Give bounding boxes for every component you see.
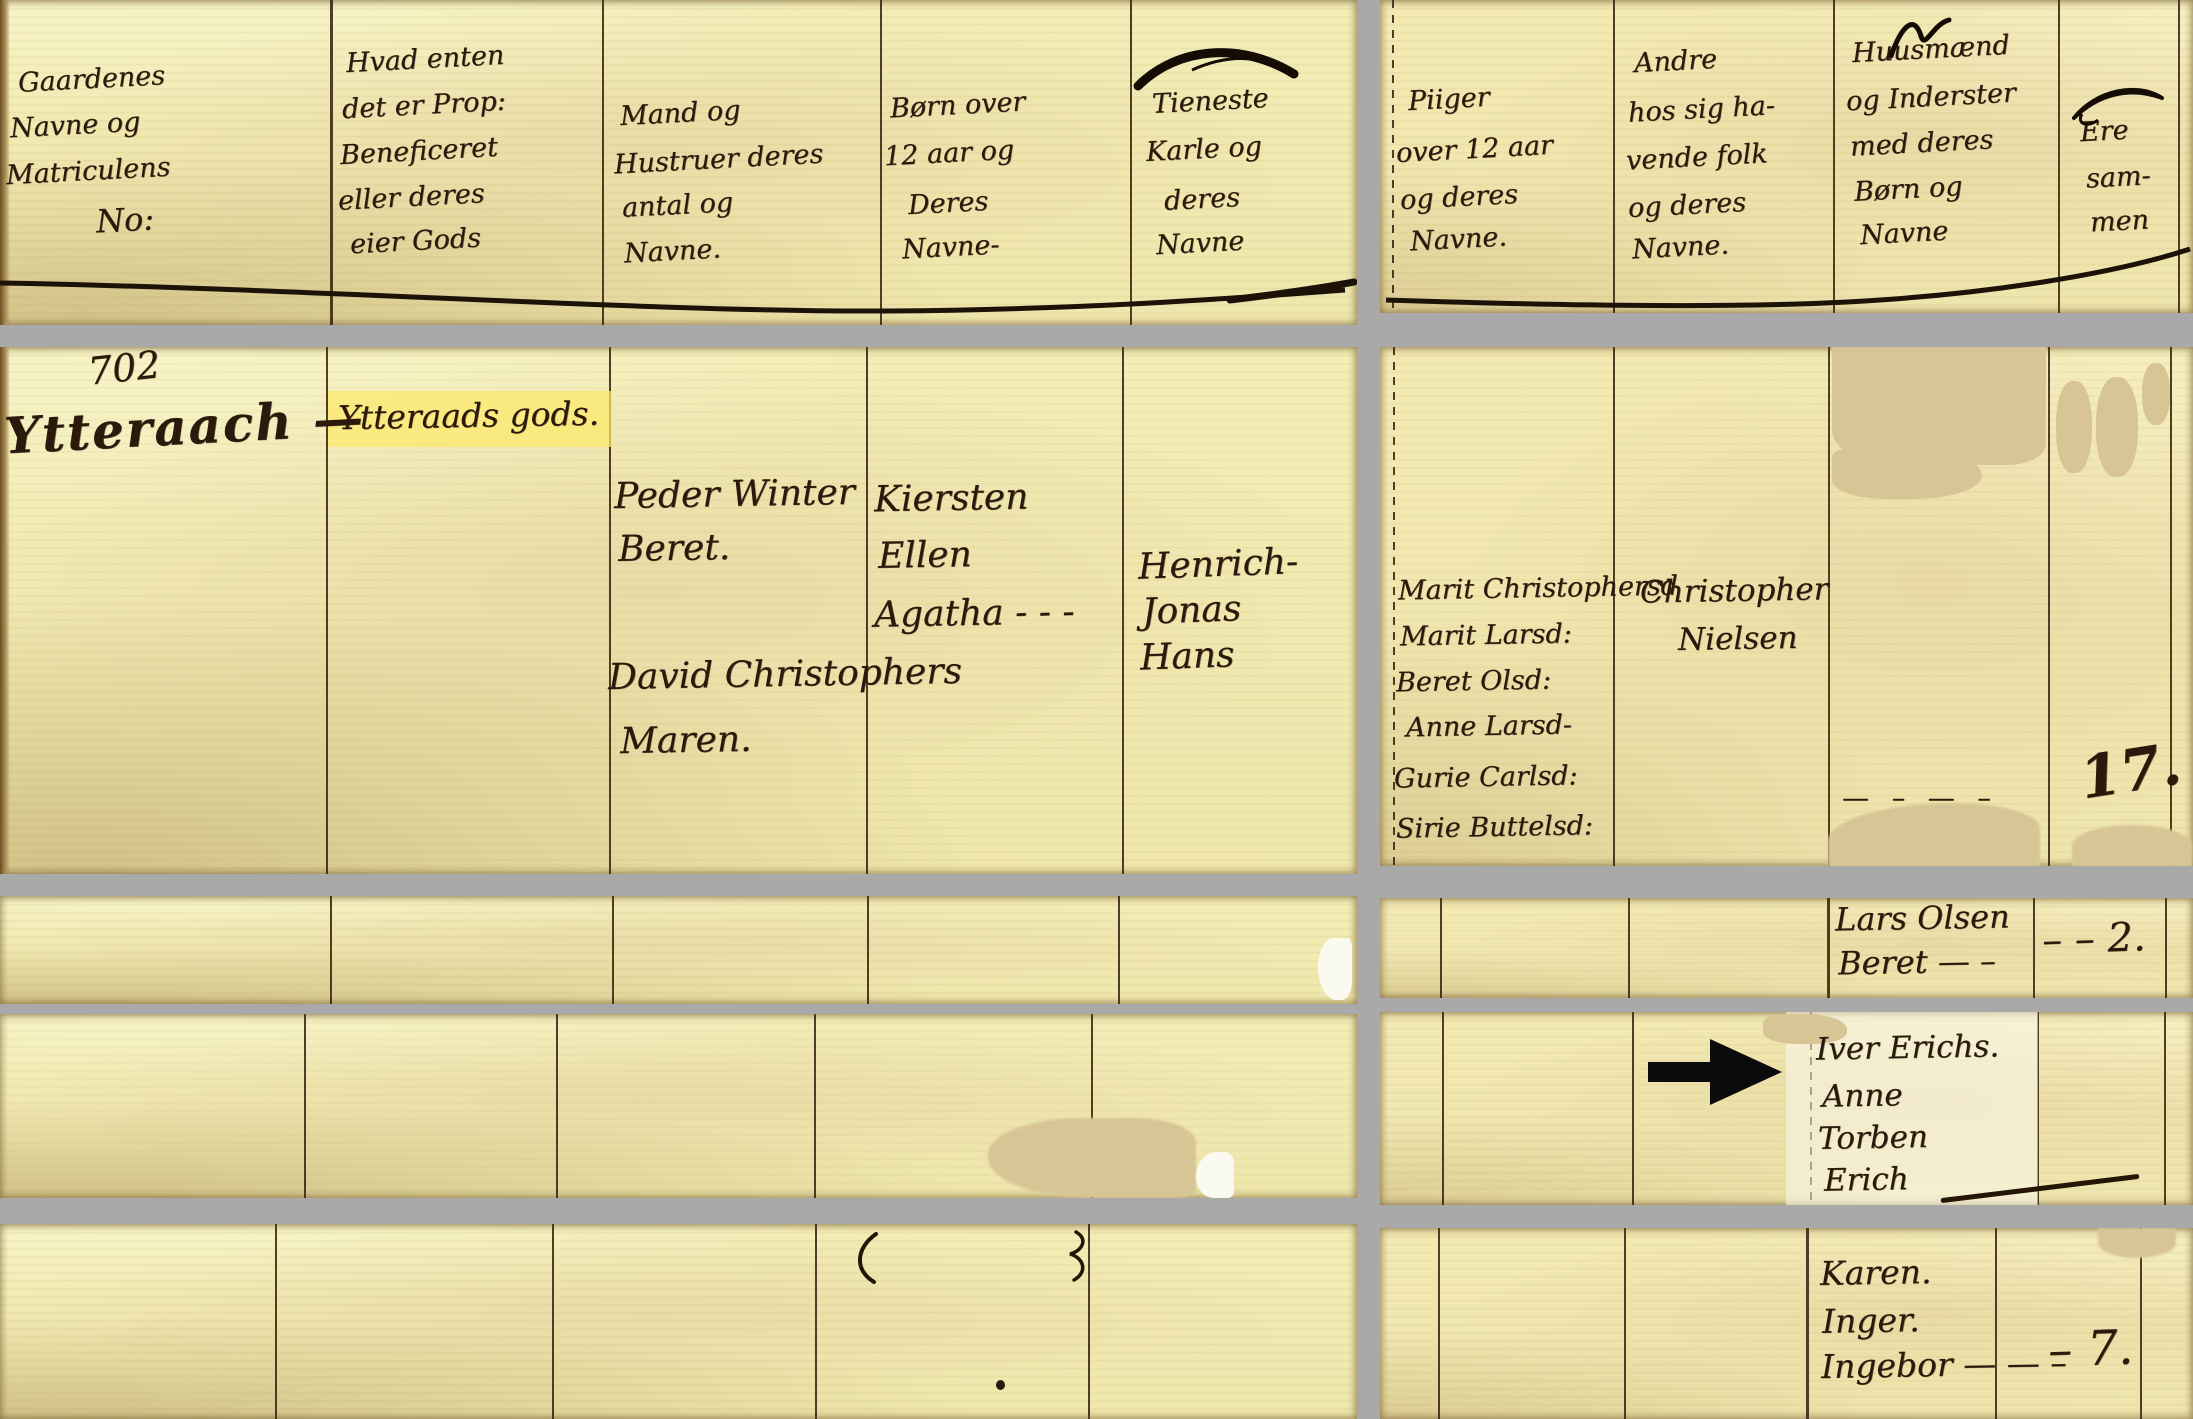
column-rule bbox=[330, 896, 332, 1004]
header-ownership-line: Hvad enten bbox=[345, 42, 505, 79]
total-lead-dashes: — – — – bbox=[1842, 785, 1998, 813]
column-rule bbox=[814, 1014, 816, 1198]
lodger-name: Beret — – bbox=[1838, 945, 1996, 981]
girl-name: Marit Larsd: bbox=[1400, 621, 1572, 652]
stain-patch bbox=[2142, 363, 2170, 425]
child-name: Ellen bbox=[878, 536, 972, 575]
lodger-name: Anne bbox=[1822, 1079, 1903, 1113]
household-name: Maren. bbox=[620, 721, 752, 761]
column-rule bbox=[275, 1224, 277, 1419]
lodger-name: Karen. bbox=[1820, 1255, 1932, 1292]
header-underline bbox=[1380, 242, 2193, 312]
column-rule bbox=[866, 347, 868, 874]
column-rule bbox=[1118, 896, 1120, 1004]
farm-name: Ytteraach — bbox=[3, 392, 366, 463]
header-children-line: 12 aar og bbox=[883, 137, 1014, 172]
girl-name: Anne Larsd- bbox=[1406, 712, 1573, 743]
lodger-name: Iver Erichs. bbox=[1816, 1030, 2000, 1066]
total-count: – 7. bbox=[2047, 1323, 2134, 1376]
lodger-name: Lars Olsen bbox=[1835, 900, 2010, 937]
column-rule bbox=[1613, 347, 1615, 866]
lodger-name: Torben bbox=[1818, 1121, 1928, 1155]
header-ownership-line: det er Prop: bbox=[341, 88, 506, 125]
header-ownership-line: eller deres bbox=[337, 180, 485, 216]
column-rule bbox=[1624, 1228, 1626, 1419]
child-name: Kiersten bbox=[874, 479, 1029, 519]
header-lodgers-line: med deres bbox=[1849, 126, 1994, 162]
header-others-line: vende folk bbox=[1625, 140, 1768, 176]
column-rule bbox=[1442, 1012, 1444, 1205]
arrow-marker-icon bbox=[1710, 1039, 1782, 1105]
header-servants-line: deres bbox=[1163, 184, 1240, 216]
servant-name: Hans bbox=[1139, 636, 1235, 677]
column-rule bbox=[867, 896, 869, 1004]
column-rule bbox=[1632, 1012, 1634, 1205]
header-girls-line: og deres bbox=[1399, 181, 1518, 215]
header-others-line: hos sig ha- bbox=[1627, 92, 1775, 128]
column-rule bbox=[1995, 1228, 1997, 1419]
stain-patch bbox=[988, 1118, 1196, 1198]
girl-name: Marit Christophersd bbox=[1398, 573, 1678, 606]
girl-name: Beret Olsd: bbox=[1396, 667, 1552, 698]
header-total-line: men bbox=[2089, 206, 2149, 237]
header-girls-line: Piiger bbox=[1407, 84, 1490, 117]
stain-patch bbox=[2072, 825, 2192, 866]
header-underline bbox=[0, 268, 1357, 324]
column-rule bbox=[1628, 898, 1630, 998]
right-row-strip: Lars Olsen Beret — – – – 2. bbox=[1380, 898, 2193, 998]
arrow-marker-icon bbox=[1648, 1062, 1712, 1082]
pen-flourish-icon bbox=[1885, 14, 1960, 64]
right-row-strip: Karen. Inger. Ingebor — — – – 7. bbox=[1380, 1228, 2193, 1419]
column-rule bbox=[1440, 898, 1442, 998]
stain-patch bbox=[2096, 377, 2138, 477]
header-ownership-line: Beneficeret bbox=[339, 134, 498, 171]
column-rule bbox=[612, 896, 614, 1004]
header-farm-line: Navne og bbox=[9, 109, 141, 144]
header-couple-line: Hustruer deres bbox=[613, 141, 824, 180]
household-name: David Christophers bbox=[608, 653, 963, 697]
left-header-strip: Gaardenes Navne og Matriculens No: Hvad … bbox=[0, 0, 1357, 325]
header-couple-line: antal og bbox=[621, 189, 734, 223]
header-couple-line: Mand og bbox=[619, 97, 741, 132]
header-couple-line: Navne. bbox=[623, 235, 721, 268]
servant-name: Henrich- bbox=[1137, 543, 1298, 586]
child-name: Agatha - - - bbox=[874, 593, 1075, 634]
header-children-line: Børn over bbox=[889, 88, 1026, 123]
girl-name: Sirie Buttelsd: bbox=[1396, 812, 1593, 844]
stain-patch bbox=[2056, 381, 2092, 473]
header-farm-line: Gaardenes bbox=[17, 62, 165, 98]
column-rule bbox=[2033, 898, 2035, 998]
header-children-line: Navne- bbox=[901, 231, 1000, 264]
total-count: 17. bbox=[2076, 733, 2185, 809]
header-children-line: Deres bbox=[907, 188, 989, 221]
column-rule bbox=[1806, 1228, 1809, 1419]
header-others-line: og deres bbox=[1627, 189, 1746, 223]
column-rule bbox=[1122, 347, 1124, 874]
header-servants-line: Navne bbox=[1155, 228, 1245, 261]
header-farm-line: No: bbox=[95, 203, 155, 240]
stray-pen-marks bbox=[840, 1228, 1100, 1288]
column-rule bbox=[815, 1224, 817, 1419]
household-name: Peder Winter bbox=[614, 474, 856, 516]
servant-name: Jonas bbox=[1141, 590, 1241, 631]
right-entry-strip: Marit Christophersd Marit Larsd: Beret O… bbox=[1380, 347, 2193, 866]
right-row-strip: Iver Erichs. Anne Torben Erich bbox=[1380, 1012, 2193, 1205]
left-blank-strip bbox=[0, 1224, 1357, 1419]
header-lodgers-line: Børn og bbox=[1853, 173, 1963, 207]
other-person-name: Christopher bbox=[1640, 573, 1829, 609]
column-rule bbox=[2165, 898, 2167, 998]
right-header-strip: Piiger over 12 aar og deres Navne. Andre… bbox=[1380, 0, 2193, 313]
scanned-ledger-spread: Gaardenes Navne og Matriculens No: Hvad … bbox=[0, 0, 2193, 1419]
lodger-name: Erich bbox=[1824, 1163, 1909, 1197]
pen-flourish-icon bbox=[2068, 78, 2173, 128]
total-count: – – 2. bbox=[2041, 916, 2146, 962]
farm-number: 702 bbox=[86, 347, 162, 393]
header-servants-line: Karle og bbox=[1145, 133, 1262, 167]
header-ownership-line: eier Gods bbox=[349, 225, 481, 260]
column-rule bbox=[1438, 1228, 1440, 1419]
column-rule bbox=[2164, 1012, 2166, 1205]
column-rule bbox=[304, 1014, 306, 1198]
header-total-line: sam- bbox=[2085, 162, 2151, 194]
column-rule bbox=[556, 1014, 558, 1198]
header-others-line: Andre bbox=[1633, 46, 1717, 79]
lodger-name: Inger. bbox=[1822, 1303, 1920, 1339]
left-blank-strip bbox=[0, 896, 1357, 1004]
left-entry-strip: 702 Ytteraach — Ytteraads gods. Peder Wi… bbox=[0, 347, 1357, 874]
stain-patch bbox=[2098, 1228, 2176, 1258]
page-curl bbox=[1196, 1152, 1234, 1198]
header-girls-line: over 12 aar bbox=[1395, 132, 1553, 169]
header-lodgers-line: og Inderster bbox=[1845, 80, 2016, 117]
other-person-name: Nielsen bbox=[1678, 622, 1798, 657]
ownership-entry: Ytteraads gods. bbox=[338, 397, 600, 436]
page-curl bbox=[1318, 938, 1352, 1000]
column-rule bbox=[552, 1224, 554, 1419]
column-rule bbox=[2048, 347, 2050, 866]
left-blank-strip bbox=[0, 1014, 1357, 1198]
pen-flourish-icon bbox=[1130, 40, 1305, 100]
girl-name: Gurie Carlsd: bbox=[1394, 762, 1578, 794]
column-rule bbox=[1827, 898, 1830, 998]
header-farm-line: Matriculens bbox=[5, 154, 171, 191]
lodger-name: Ingebor — — – bbox=[1821, 1346, 2067, 1385]
household-name: Beret. bbox=[618, 529, 731, 569]
ink-speck bbox=[996, 1380, 1005, 1390]
